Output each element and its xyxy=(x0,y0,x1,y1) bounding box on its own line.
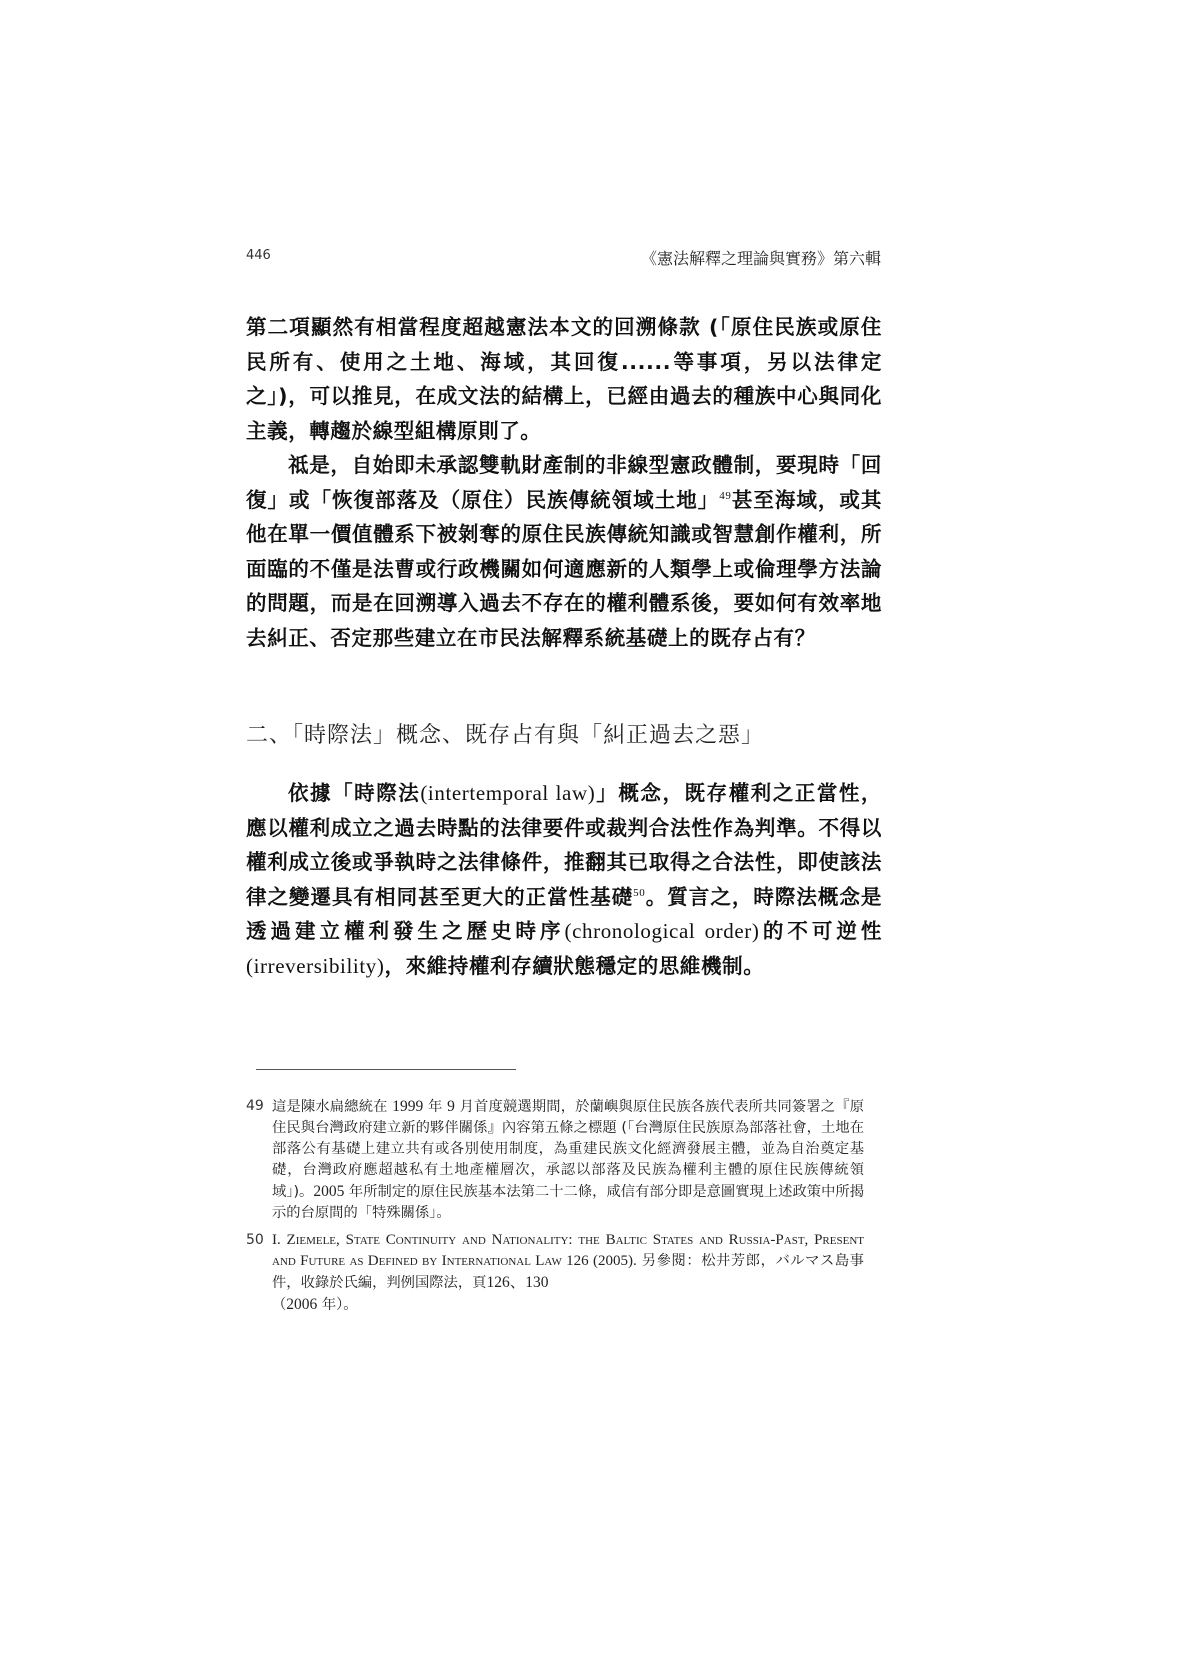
body-text-section-1: 第二項顯然有相當程度超越憲法本文的回溯條款 (「原住民族或原住民所有、使用之土地… xyxy=(246,310,882,655)
latin-term-chronological: (chronological order) xyxy=(564,919,759,943)
footnote-pages: 126、130 xyxy=(486,1274,548,1291)
footnote-month: 9 xyxy=(447,1098,455,1115)
latin-term-irreversibility: (irreversibility) xyxy=(246,954,385,978)
paragraph-3-text-d: 的不可逆性 xyxy=(760,919,883,943)
paragraph-3-text-a: 依據「時際法 xyxy=(288,781,420,805)
footnote-ref-49[interactable]: 49 xyxy=(719,490,731,502)
footnote-divider xyxy=(256,1069,516,1070)
footnote-text: 年）。 xyxy=(317,1297,357,1313)
page-number: 446 xyxy=(246,248,271,263)
paragraph-3: 依據「時際法(intertemporal law)」概念，既存權利之正當性，應以… xyxy=(246,776,882,983)
footnote-year: 2006 xyxy=(286,1296,317,1313)
footnote-year: 1999 xyxy=(392,1098,423,1115)
running-title: 《憲法解釋之理論與實務》第六輯 xyxy=(641,246,881,269)
footnotes: 49 這是陳水扁總統在 1999 年 9 月首度競選期間，於蘭嶼與原住民族各族代… xyxy=(246,1096,864,1322)
footnote-ref-50[interactable]: 50 xyxy=(633,887,645,899)
footnote-50: 50 I. Ziemele, State Continuity and Nati… xyxy=(246,1230,864,1316)
footnote-year: 2005 xyxy=(313,1183,344,1200)
section-heading: 二、「時際法」概念、既存占有與「糾正過去之惡」 xyxy=(246,718,764,749)
paragraph-2: 祗是，自始即未承認雙軌財產制的非線型憲政體制，要現時「回復」或「恢復部落及（原住… xyxy=(246,448,882,655)
paragraph-3-text-e: ，來維持權利存續狀態穩定的思維機制。 xyxy=(385,954,765,978)
footnote-text: 這是陳水扁總統在 xyxy=(272,1099,392,1115)
latin-term-intertemporal: (intertemporal law) xyxy=(420,781,595,805)
footnote-number: 49 xyxy=(246,1096,264,1117)
body-text-section-2: 依據「時際法(intertemporal law)」概念，既存權利之正當性，應以… xyxy=(246,776,882,983)
footnote-49: 49 這是陳水扁總統在 1999 年 9 月首度競選期間，於蘭嶼與原住民族各族代… xyxy=(246,1096,864,1224)
footnote-number: 50 xyxy=(246,1230,264,1251)
footnote-text: 年 xyxy=(423,1099,447,1115)
footnote-text: 年所制定的原住民族基本法第二十二條，咸信有部分即是意圖實現上述政策中所揭示的台原… xyxy=(272,1184,864,1221)
paragraph-1: 第二項顯然有相當程度超越憲法本文的回溯條款 (「原住民族或原住民所有、使用之土地… xyxy=(246,310,882,448)
footnote-text: （ xyxy=(272,1297,286,1313)
